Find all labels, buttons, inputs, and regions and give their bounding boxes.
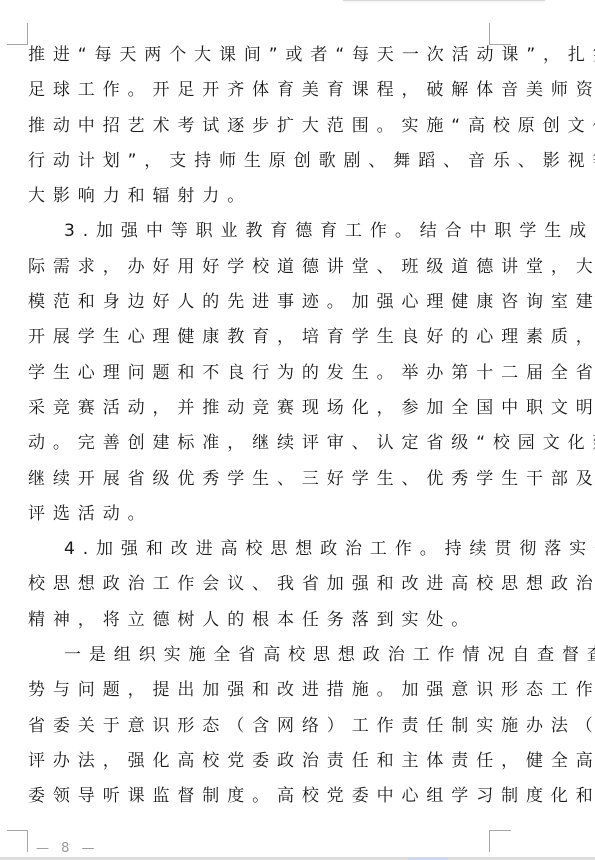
text-line: 4.加强和改进高校思想政治工作。持续贯彻落实全国全省高 xyxy=(28,532,568,567)
text-line: 精神，将立德树人的根本任务落到实处。 xyxy=(28,603,568,638)
document-body[interactable]: 推进“每天两个大课间”或者“每天一次活动课”，扎实推进校园 足球工作。开足开齐体… xyxy=(28,38,568,815)
text-line: 推动中招艺术考试逐步扩大范围。实施“高校原创文化经典推广 xyxy=(28,109,568,144)
text-line: 学生心理问题和不良行为的发生。举办第十二届全省中职文明风 xyxy=(28,356,568,391)
text-line: 评办法，强化高校党委政治责任和主体责任，健全高校党委、纪 xyxy=(28,744,568,779)
paragraph-continued: 推进“每天两个大课间”或者“每天一次活动课”，扎实推进校园 足球工作。开足开齐体… xyxy=(28,38,568,214)
text-line: 际需求，办好用好学校道德讲堂、班级道德讲堂，大力宣传道德 xyxy=(28,250,568,285)
margin-corner-mark-bottom-left xyxy=(7,830,28,852)
margin-corner-mark-top-left xyxy=(7,23,28,45)
paragraph-item-4: 4.加强和改进高校思想政治工作。持续贯彻落实全国全省高 校思想政治工作会议、我省… xyxy=(28,532,568,638)
text-line: 足球工作。开足开齐体育美育课程，破解体音美师资短缺问题。 xyxy=(28,73,568,108)
text-line: 动。完善创建标准，继续评审、认定省级“校园文化建设示范校”。 xyxy=(28,426,568,461)
previous-page-edge xyxy=(343,0,545,1)
text-line: 继续开展省级优秀学生、三好学生、优秀学生干部及先进班集体 xyxy=(28,462,568,497)
page-number: — 8 — xyxy=(36,841,99,857)
text-line: 委领导听课监督制度。高校党委中心组学习制度化和规范化。加 xyxy=(28,779,568,814)
text-line: 省委关于意识形态（含网络）工作责任制实施办法（细则）及测 xyxy=(28,709,568,744)
text-line: 行动计划”，支持师生原创歌剧、舞蹈、音乐、影视等文艺精品扩 xyxy=(28,144,568,179)
text-line: 大影响力和辐射力。 xyxy=(28,179,568,214)
text-line: 评选活动。 xyxy=(28,497,568,532)
text-line: 模范和身边好人的先进事迹。加强心理健康咨询室建设，持续性 xyxy=(28,285,568,320)
margin-corner-mark-bottom-right xyxy=(489,830,511,852)
paragraph-item-3: 3.加强中等职业教育德育工作。结合中职学生成长状况和实 际需求，办好用好学校道德… xyxy=(28,214,568,532)
paragraph-point-one: 一是组织实施全省高校思想政治工作情况自查督查，分析形 势与问题，提出加强和改进措… xyxy=(28,638,568,814)
text-line: 校思想政治工作会议、我省加强和改进高校思想政治工作座谈会 xyxy=(28,567,568,602)
text-line: 势与问题，提出加强和改进措施。加强意识形态工作，贯彻中央、 xyxy=(28,673,568,708)
text-line: 3.加强中等职业教育德育工作。结合中职学生成长状况和实 xyxy=(28,214,568,249)
text-line: 开展学生心理健康教育，培育学生良好的心理素质，预防和减少 xyxy=(28,320,568,355)
text-line: 推进“每天两个大课间”或者“每天一次活动课”，扎实推进校园 xyxy=(28,38,568,73)
text-line: 采竞赛活动，并推动竞赛现场化，参加全国中职文明风采竞赛活 xyxy=(28,391,568,426)
text-line: 一是组织实施全省高校思想政治工作情况自查督查，分析形 xyxy=(28,638,568,673)
